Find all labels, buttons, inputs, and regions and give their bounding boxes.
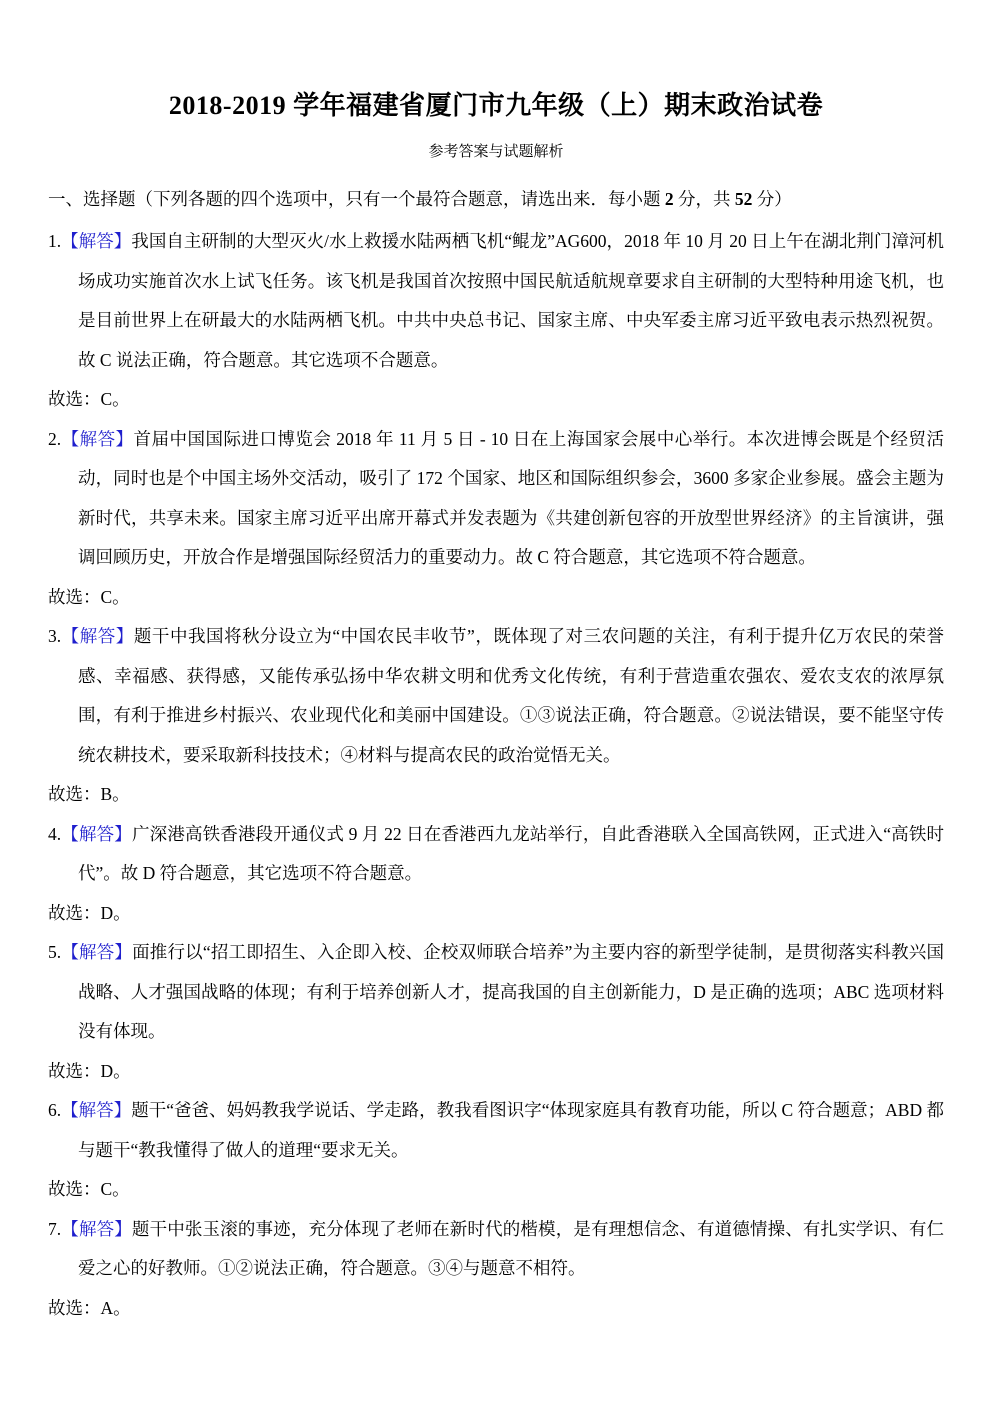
explanation-text: 题干中我国将秋分设立为“中国农民丰收节”，既体现了对三农问题的关注，有利于提升亿… [78,626,944,765]
question-item-5: 5.【解答】面推行以“招工即招生、入企即入校、企校双师联合培养”为主要内容的新型… [48,933,944,1091]
answer-choice-line: 故选：C。 [48,578,944,618]
explanation-text: 广深港高铁香港段开通仪式 9 月 22 日在香港西九龙站举行，自此香港联入全国高… [78,824,944,884]
question-number: 1. [48,231,61,251]
answer-explanation: 2.【解答】首届中国国际进口博览会 2018 年 11 月 5 日 - 10 日… [48,420,944,578]
question-item-1: 1.【解答】我国自主研制的大型灭火/水上救援水陆两栖飞机“鲲龙”AG600，20… [48,222,944,420]
question-item-4: 4.【解答】广深港高铁香港段开通仪式 9 月 22 日在香港西九龙站举行，自此香… [48,815,944,934]
answer-choice-line: 故选：C。 [48,380,944,420]
answer-explanation: 4.【解答】广深港高铁香港段开通仪式 9 月 22 日在香港西九龙站举行，自此香… [48,815,944,894]
answer-choice-line: 故选：B。 [48,775,944,815]
answer-label: 【解答】 [61,942,132,962]
answer-label: 【解答】 [61,231,131,251]
section-heading-prefix: 一、选择题（下列各题的四个选项中，只有一个最符合题意，请选出来．每小题 [48,189,665,209]
answer-label: 【解答】 [61,626,134,646]
explanation-text: 我国自主研制的大型灭火/水上救援水陆两栖飞机“鲲龙”AG600，2018 年 1… [78,231,944,370]
answer-choice-line: 故选：C。 [48,1170,944,1210]
question-number: 2. [48,429,61,449]
question-number: 4. [48,824,61,844]
question-number: 3. [48,626,61,646]
explanation-text: 首届中国国际进口博览会 2018 年 11 月 5 日 - 10 日在上海国家会… [78,429,944,568]
question-number: 6. [48,1100,61,1120]
page-subtitle: 参考答案与试题解析 [48,143,944,161]
answer-explanation: 3.【解答】题干中我国将秋分设立为“中国农民丰收节”，既体现了对三农问题的关注，… [48,617,944,775]
answer-label: 【解答】 [61,1219,132,1239]
question-item-6: 6.【解答】题干“爸爸、妈妈教我学说话、学走路，教我看图识字“体现家庭具有教育功… [48,1091,944,1210]
question-item-2: 2.【解答】首届中国国际进口博览会 2018 年 11 月 5 日 - 10 日… [48,420,944,618]
page-title: 2018-2019 学年福建省厦门市九年级（上）期末政治试卷 [48,86,944,126]
answer-explanation: 5.【解答】面推行以“招工即招生、入企即入校、企校双师联合培养”为主要内容的新型… [48,933,944,1052]
document-page: 2018-2019 学年福建省厦门市九年级（上）期末政治试卷 参考答案与试题解析… [0,0,992,1403]
question-item-3: 3.【解答】题干中我国将秋分设立为“中国农民丰收节”，既体现了对三农问题的关注，… [48,617,944,815]
section-heading: 一、选择题（下列各题的四个选项中，只有一个最符合题意，请选出来．每小题 2 分，… [48,187,944,211]
question-item-7: 7.【解答】题干中张玉滚的事迹，充分体现了老师在新时代的楷模，是有理想信念、有道… [48,1210,944,1329]
answer-items-list: 1.【解答】我国自主研制的大型灭火/水上救援水陆两栖飞机“鲲龙”AG600，20… [48,222,944,1328]
question-number: 5. [48,942,61,962]
points-per-question: 2 [665,189,674,209]
answer-choice-line: 故选：D。 [48,894,944,934]
answer-explanation: 6.【解答】题干“爸爸、妈妈教我学说话、学走路，教我看图识字“体现家庭具有教育功… [48,1091,944,1170]
answer-choice-line: 故选：D。 [48,1052,944,1092]
answer-choice-line: 故选：A。 [48,1289,944,1329]
answer-label: 【解答】 [61,824,132,844]
question-number: 7. [48,1219,61,1239]
answer-explanation: 7.【解答】题干中张玉滚的事迹，充分体现了老师在新时代的楷模，是有理想信念、有道… [48,1210,944,1289]
answer-explanation: 1.【解答】我国自主研制的大型灭火/水上救援水陆两栖飞机“鲲龙”AG600，20… [48,222,944,380]
explanation-text: 题干中张玉滚的事迹，充分体现了老师在新时代的楷模，是有理想信念、有道德情操、有扎… [78,1219,944,1279]
explanation-text: 面推行以“招工即招生、入企即入校、企校双师联合培养”为主要内容的新型学徒制，是贯… [78,942,944,1041]
total-points: 52 [735,189,753,209]
explanation-text: 题干“爸爸、妈妈教我学说话、学走路，教我看图识字“体现家庭具有教育功能，所以 C… [78,1100,944,1160]
section-heading-mid: 分，共 [674,189,735,209]
answer-label: 【解答】 [61,429,133,449]
section-heading-suffix: 分） [752,189,791,209]
answer-label: 【解答】 [61,1100,131,1120]
